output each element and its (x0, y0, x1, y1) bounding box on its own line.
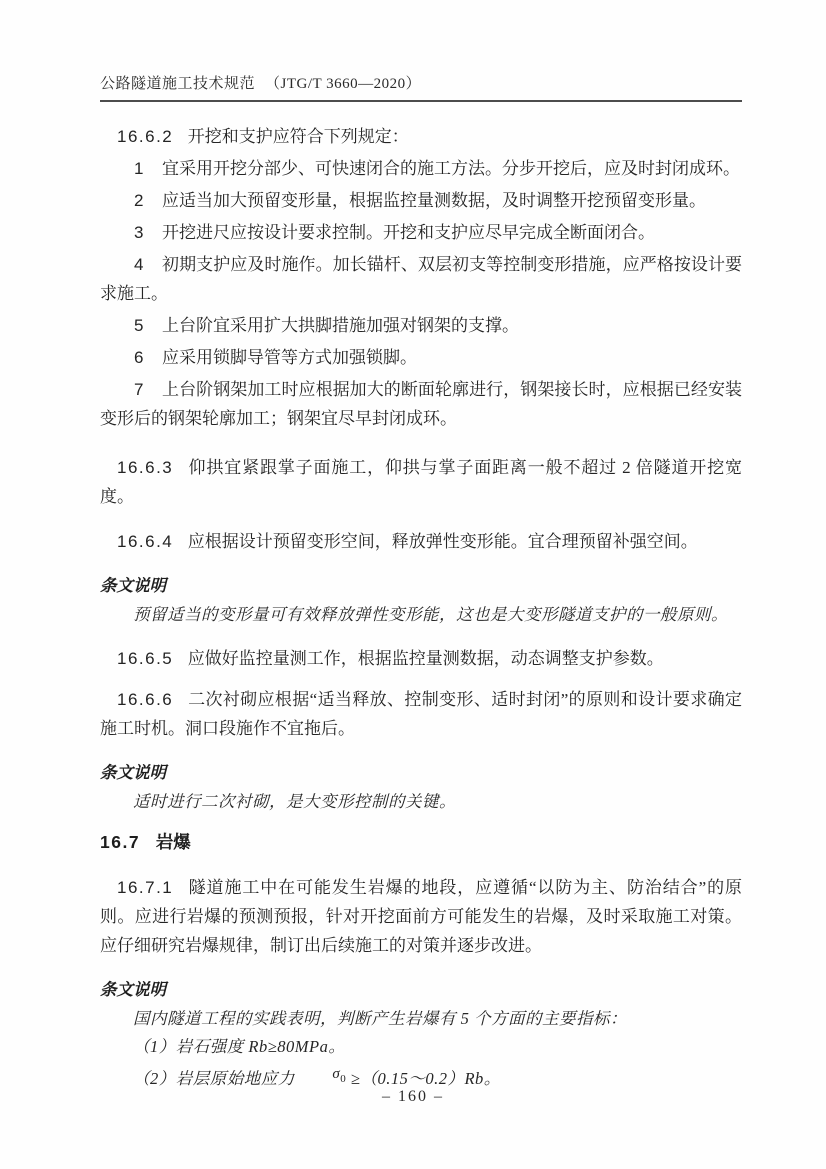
list-item-7: 7上台阶钢架加工时应根据加大的断面轮廓进行，钢架接长时，应根据已经安装变形后的钢… (100, 375, 742, 433)
sigma-glyph: σ (332, 1066, 340, 1082)
section-heading-16-7: 16.7岩爆 (100, 827, 742, 857)
notes-label-3: 条文说明 (100, 976, 742, 1003)
item-2-text: 应适当加大预留变形量，根据监控量测数据，及时调整开挖预留变形量。 (162, 191, 706, 210)
clause-16-6-6-number: 16.6.6 (117, 690, 173, 709)
section-16-7-title: 岩爆 (156, 832, 191, 852)
list-item-4: 4初期支护应及时施作。加长锚杆、双层初支等控制变形措施，应严格按设计要求施工。 (100, 250, 742, 308)
indicator-1-text: （1）岩石强度 Rb≥80MPa。 (133, 1037, 345, 1056)
item-4-number: 4 (134, 255, 145, 274)
notes-intro-3: 国内隧道工程的实践表明，判断产生岩爆有 5 个方面的主要指标： (100, 1005, 742, 1032)
clause-16-6-2-text: 开挖和支护应符合下列规定： (188, 127, 409, 146)
clause-16-7-1-text: 隧道施工中在可能发生岩爆的地段，应遵循“以防为主、防治结合”的原则。应进行岩爆的… (100, 878, 742, 955)
notes-text-2: 适时进行二次衬砌，是大变形控制的关键。 (100, 788, 742, 815)
item-5-text: 上台阶宜采用扩大拱脚措施加强对钢架的支撑。 (162, 316, 519, 335)
list-item-1: 1宜采用开挖分部少、可快速闭合的施工方法。分步开挖后，应及时封闭成环。 (100, 154, 742, 183)
notes-indicator-1: （1）岩石强度 Rb≥80MPa。 (100, 1033, 742, 1060)
document-page: 公路隧道施工技术规范（JTG/T 3660—2020） 16.6.2开挖和支护应… (0, 0, 826, 1169)
item-6-text: 应采用锁脚导管等方式加强锁脚。 (162, 348, 417, 367)
clause-16-6-4-number: 16.6.4 (117, 532, 173, 551)
clause-16-6-2-number: 16.6.2 (117, 127, 173, 146)
notes-text-1: 预留适当的变形量可有效释放弹性变形能，这也是大变形隧道支护的一般原则。 (100, 601, 742, 628)
item-2-number: 2 (134, 191, 145, 210)
notes-label-2: 条文说明 (100, 759, 742, 786)
clause-16-6-2: 16.6.2开挖和支护应符合下列规定： (100, 122, 742, 151)
item-5-number: 5 (134, 316, 145, 335)
running-header: 公路隧道施工技术规范（JTG/T 3660—2020） (100, 72, 742, 93)
clause-16-7-1-number: 16.7.1 (117, 878, 173, 897)
clause-16-6-5-number: 16.6.5 (117, 649, 173, 668)
clause-16-6-5-text: 应做好监控量测工作，根据监控量测数据，动态调整支护参数。 (188, 649, 664, 668)
clause-16-6-3: 16.6.3仰拱宜紧跟掌子面施工，仰拱与掌子面距离一般不超过 2 倍隧道开挖宽度… (100, 453, 742, 511)
clause-16-6-6: 16.6.6二次衬砌应根据“适当释放、控制变形、适时封闭”的原则和设计要求确定施… (100, 685, 742, 743)
item-3-text: 开挖进尺应按设计要求控制。开挖和支护应尽早完成全断面闭合。 (162, 223, 655, 242)
list-item-3: 3开挖进尺应按设计要求控制。开挖和支护应尽早完成全断面闭合。 (100, 218, 742, 247)
clause-16-6-4: 16.6.4应根据设计预留变形空间，释放弹性变形能。宜合理预留补强空间。 (100, 527, 742, 556)
list-item-5: 5上台阶宜采用扩大拱脚措施加强对钢架的支撑。 (100, 311, 742, 340)
item-1-text: 宜采用开挖分部少、可快速闭合的施工方法。分步开挖后，应及时封闭成环。 (162, 159, 740, 178)
item-7-number: 7 (134, 380, 145, 399)
list-item-6: 6应采用锁脚导管等方式加强锁脚。 (100, 343, 742, 372)
notes-label-1: 条文说明 (100, 572, 742, 599)
clause-16-6-3-text: 仰拱宜紧跟掌子面施工，仰拱与掌子面距离一般不超过 2 倍隧道开挖宽度。 (100, 458, 742, 506)
page-number: – 160 – (0, 1088, 826, 1106)
item-7-text: 上台阶钢架加工时应根据加大的断面轮廓进行，钢架接长时，应根据已经安装变形后的钢架… (100, 380, 742, 428)
header-title: 公路隧道施工技术规范 (100, 76, 255, 92)
clause-16-6-3-number: 16.6.3 (117, 458, 173, 477)
indicator-2-rest: ≥（0.15～0.2）Rb。 (346, 1069, 501, 1088)
clause-16-6-5: 16.6.5应做好监控量测工作，根据监控量测数据，动态调整支护参数。 (100, 644, 742, 673)
indicator-2-prefix: （2）岩层原始地应力 (133, 1069, 299, 1088)
clause-16-7-1: 16.7.1隧道施工中在可能发生岩爆的地段，应遵循“以防为主、防治结合”的原则。… (100, 873, 742, 960)
item-4-text: 初期支护应及时施作。加长锚杆、双层初支等控制变形措施，应严格按设计要求施工。 (100, 255, 742, 303)
clause-16-6-6-text: 二次衬砌应根据“适当释放、控制变形、适时封闭”的原则和设计要求确定施工时机。洞口… (100, 690, 742, 738)
header-rule (100, 100, 742, 102)
item-1-number: 1 (134, 159, 145, 178)
list-item-2: 2应适当加大预留变形量，根据监控量测数据，及时调整开挖预留变形量。 (100, 186, 742, 215)
header-standard-code: （JTG/T 3660—2020） (265, 76, 421, 92)
item-6-number: 6 (134, 348, 145, 367)
item-3-number: 3 (134, 223, 145, 242)
sigma-subscript: 0 (340, 1073, 346, 1085)
clause-16-6-4-text: 应根据设计预留变形空间，释放弹性变形能。宜合理预留补强空间。 (188, 532, 698, 551)
section-16-7-number: 16.7 (100, 832, 140, 852)
